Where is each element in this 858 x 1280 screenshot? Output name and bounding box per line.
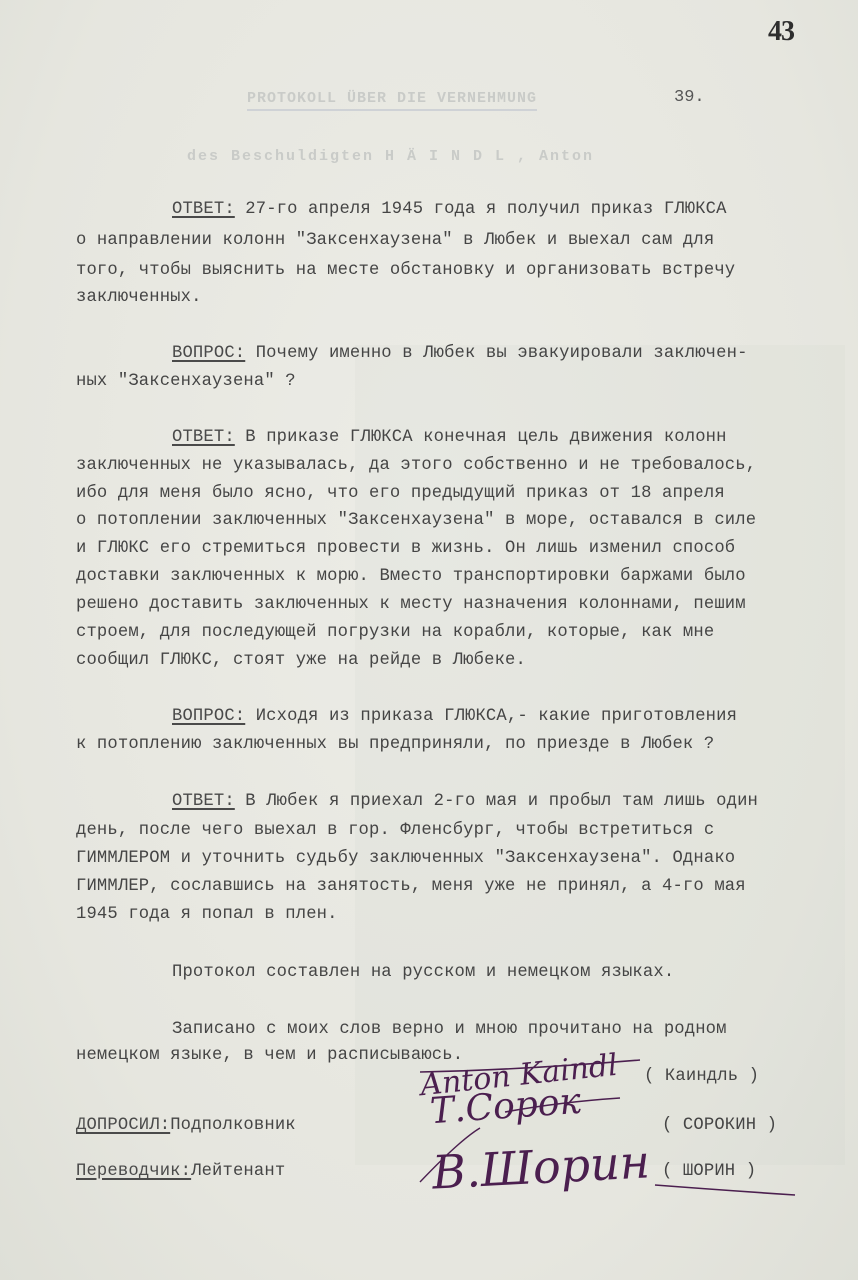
document-page: PROTOKOLL ÜBER DIE VERNEHMUNG des Beschu… [0, 0, 858, 1280]
signature-flourishes [0, 0, 858, 1280]
